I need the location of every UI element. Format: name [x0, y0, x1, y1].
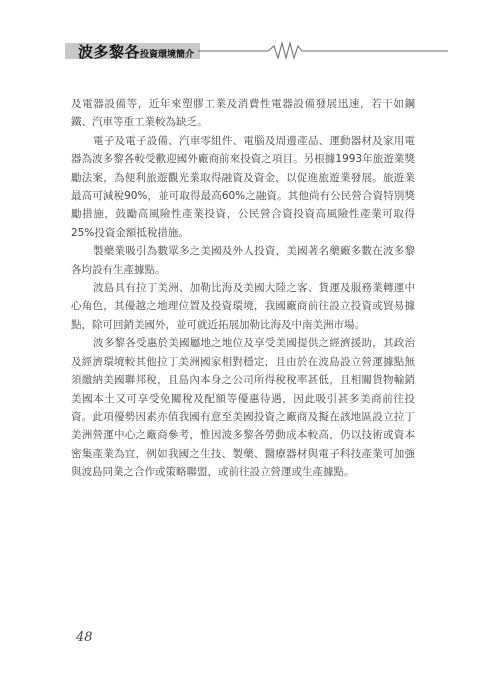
paragraph-3: 製藥業吸引為數眾多之美國及外人投資，美國著名藥廠多數在波多黎各均設有生產據點。 — [71, 242, 415, 279]
page-number: 48 — [76, 630, 93, 645]
body-text: 及電器設備等，近年來塑膠工業及消費性電器設備發展迅速，若干如鋼鐵、汽車等重工業較… — [71, 95, 415, 482]
section-title: 波多黎各投資環境簡介 — [78, 41, 194, 62]
paragraph-5: 波多黎各受惠於美國屬地之地位及享受美國提供之經濟援助，其政治及經濟環境較其他拉丁… — [71, 334, 415, 481]
page-header: 波多黎各投資環境簡介 — [65, 40, 445, 64]
paragraph-4: 波島具有拉丁美洲、加勒比海及美國大陸之客、貨運及服務業轉運中心角色，其優越之地理… — [71, 279, 415, 334]
section-title-main: 波多黎各 — [78, 43, 140, 61]
paragraph-2: 電子及電子設備、汽車零組件、電腦及周邊產品、運動器材及家用電器為波多黎各較受歡迎… — [71, 132, 415, 242]
zigzag-rule-icon — [198, 40, 448, 64]
section-title-sub: 投資環境簡介 — [140, 50, 194, 60]
paragraph-1: 及電器設備等，近年來塑膠工業及消費性電器設備發展迅速，若干如鋼鐵、汽車等重工業較… — [71, 95, 415, 132]
